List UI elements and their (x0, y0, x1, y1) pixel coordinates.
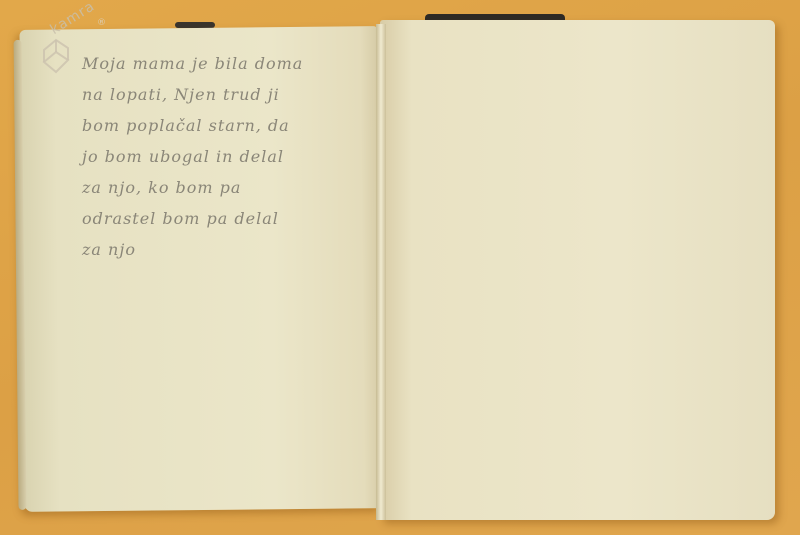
handwriting-line: Moja mama je bila doma (82, 48, 382, 79)
kamra-logo-icon (38, 22, 108, 82)
handwriting-line: bom poplačal starn, da (82, 110, 382, 141)
notebook-photo: Moja mama je bila doma na lopati, Njen t… (0, 0, 800, 535)
handwriting-line: odrastel bom pa delal (82, 203, 382, 234)
handwriting-line: jo bom ubogal in delal (82, 141, 382, 172)
handwriting-line: za njo (82, 234, 382, 265)
handwritten-text: Moja mama je bila doma na lopati, Njen t… (82, 48, 382, 265)
handwriting-line: za njo, ko bom pa (82, 172, 382, 203)
handwriting-line: na lopati, Njen trud ji (82, 79, 382, 110)
registered-mark: ® (97, 18, 106, 28)
right-page (380, 20, 775, 520)
